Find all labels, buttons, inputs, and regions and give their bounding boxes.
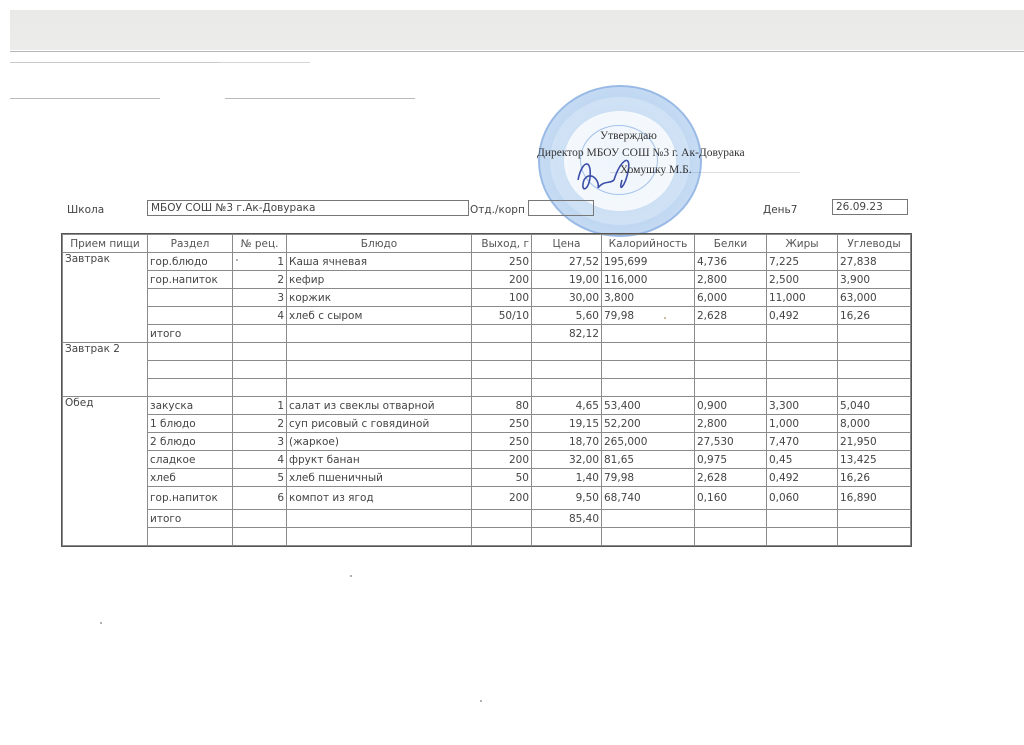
scan-speck [480, 700, 482, 702]
cell-recipe [233, 510, 287, 528]
cell-section: 1 блюдо [148, 415, 233, 433]
cell-kcal: 195,699 [602, 253, 695, 271]
day-label: День7 [763, 204, 797, 216]
col-protein: Белки [695, 235, 767, 253]
table-row [63, 528, 911, 546]
cell-carbs: 5,040 [838, 397, 911, 415]
cell-weight [472, 510, 532, 528]
cell-meal: Завтрак [63, 253, 148, 343]
cell-recipe [233, 379, 287, 397]
cell-fat: 3,300 [767, 397, 838, 415]
cell-protein: 2,628 [695, 469, 767, 487]
cell-kcal: 52,200 [602, 415, 695, 433]
cell-carbs: 3,900 [838, 271, 911, 289]
cell-dish: хлеб пшеничный [287, 469, 472, 487]
scan-line [10, 98, 160, 99]
cell-section [148, 379, 233, 397]
cell-recipe: 2 [233, 271, 287, 289]
cell-meal: Завтрак 2 [63, 343, 148, 397]
cell-protein: 2,628 [695, 307, 767, 325]
cell-kcal: 265,000 [602, 433, 695, 451]
cell-price: 5,60 [532, 307, 602, 325]
cell-protein [695, 343, 767, 361]
cell-carbs [838, 361, 911, 379]
cell-dish: Каша ячневая [287, 253, 472, 271]
cell-weight: 250 [472, 415, 532, 433]
cell-section [148, 307, 233, 325]
cell-price: 19,00 [532, 271, 602, 289]
cell-carbs: 13,425 [838, 451, 911, 469]
cell-carbs [838, 528, 911, 546]
cell-recipe [233, 528, 287, 546]
cell-fat [767, 361, 838, 379]
cell-carbs: 16,26 [838, 469, 911, 487]
cell-weight [472, 361, 532, 379]
cell-fat: 0,492 [767, 469, 838, 487]
cell-dish [287, 361, 472, 379]
scan-speck [664, 317, 666, 319]
cell-recipe [233, 325, 287, 343]
cell-kcal [602, 510, 695, 528]
cell-section [148, 289, 233, 307]
cell-section: итого [148, 510, 233, 528]
table-row: 4хлеб с сыром50/105,6079,982,6280,49216,… [63, 307, 911, 325]
cell-section [148, 361, 233, 379]
cell-section: гор.напиток [148, 487, 233, 510]
cell-price: 4,65 [532, 397, 602, 415]
scan-line [225, 98, 415, 99]
cell-section: гор.блюдо [148, 253, 233, 271]
cell-price: 32,00 [532, 451, 602, 469]
cell-weight: 200 [472, 451, 532, 469]
cell-protein [695, 379, 767, 397]
cell-price [532, 528, 602, 546]
cell-kcal [602, 379, 695, 397]
col-kcal: Калорийность [602, 235, 695, 253]
table-header-row: Прием пищи Раздел № рец. Блюдо Выход, г … [63, 235, 911, 253]
cell-weight: 100 [472, 289, 532, 307]
table-row: Завтрак 2 [63, 343, 911, 361]
cell-price [532, 343, 602, 361]
cell-price: 30,00 [532, 289, 602, 307]
cell-price: 82,12 [532, 325, 602, 343]
table-row: гор.напиток2кефир20019,00116,0002,8002,5… [63, 271, 911, 289]
cell-dish: суп рисовый с говядиной [287, 415, 472, 433]
cell-price: 18,70 [532, 433, 602, 451]
cell-section: закуска [148, 397, 233, 415]
cell-carbs: 16,26 [838, 307, 911, 325]
cell-carbs [838, 379, 911, 397]
cell-weight [472, 325, 532, 343]
cell-kcal: 3,800 [602, 289, 695, 307]
cell-weight [472, 528, 532, 546]
cell-section: хлеб [148, 469, 233, 487]
col-carbs: Углеводы [838, 235, 911, 253]
cell-recipe: 4 [233, 307, 287, 325]
cell-dish [287, 510, 472, 528]
scan-speck [236, 259, 238, 261]
table-row: итого85,40 [63, 510, 911, 528]
col-dish: Блюдо [287, 235, 472, 253]
cell-fat: 7,225 [767, 253, 838, 271]
cell-kcal [602, 343, 695, 361]
cell-fat: 1,000 [767, 415, 838, 433]
cell-fat: 2,500 [767, 271, 838, 289]
cell-kcal: 79,98 [602, 469, 695, 487]
dept-label: Отд./корп [470, 204, 525, 216]
cell-fat: 11,000 [767, 289, 838, 307]
cell-protein: 2,800 [695, 415, 767, 433]
cell-protein [695, 325, 767, 343]
approval-line-1: Утверждаю [600, 130, 657, 142]
scan-line [10, 51, 1024, 52]
table-row: 3коржик10030,003,8006,00011,00063,000 [63, 289, 911, 307]
cell-fat: 0,492 [767, 307, 838, 325]
cell-weight: 50/10 [472, 307, 532, 325]
approval-line-3: Хомушку М.Б. [620, 164, 692, 176]
table-row: 2 блюдо3(жаркое)25018,70265,00027,5307,4… [63, 433, 911, 451]
cell-fat [767, 325, 838, 343]
cell-fat [767, 343, 838, 361]
date-field: 26.09.23 [832, 199, 908, 215]
cell-meal: Обед [63, 397, 148, 546]
cell-section [148, 528, 233, 546]
table-row: итого82,12 [63, 325, 911, 343]
cell-section: гор.напиток [148, 271, 233, 289]
cell-weight [472, 343, 532, 361]
dept-field [528, 200, 594, 216]
cell-weight: 80 [472, 397, 532, 415]
cell-weight: 250 [472, 433, 532, 451]
cell-fat: 0,45 [767, 451, 838, 469]
col-section: Раздел [148, 235, 233, 253]
cell-price: 9,50 [532, 487, 602, 510]
cell-dish [287, 343, 472, 361]
cell-recipe: 1 [233, 253, 287, 271]
cell-dish: салат из свеклы отварной [287, 397, 472, 415]
school-label: Школа [67, 204, 104, 216]
cell-recipe: 1 [233, 397, 287, 415]
menu-table: Прием пищи Раздел № рец. Блюдо Выход, г … [62, 234, 911, 546]
cell-carbs: 21,950 [838, 433, 911, 451]
cell-kcal [602, 528, 695, 546]
cell-weight [472, 379, 532, 397]
table-row: хлеб5хлеб пшеничный501,4079,982,6280,492… [63, 469, 911, 487]
school-field: МБОУ СОШ №3 г.Ак-Довурака [147, 200, 469, 216]
cell-dish [287, 379, 472, 397]
cell-section: итого [148, 325, 233, 343]
cell-kcal [602, 325, 695, 343]
cell-weight: 200 [472, 271, 532, 289]
cell-dish: (жаркое) [287, 433, 472, 451]
scan-line [220, 62, 310, 63]
cell-fat [767, 379, 838, 397]
col-weight: Выход, г [472, 235, 532, 253]
cell-price: 1,40 [532, 469, 602, 487]
cell-section [148, 343, 233, 361]
table-row [63, 361, 911, 379]
cell-carbs [838, 343, 911, 361]
table-row: сладкое4фрукт банан20032,0081,650,9750,4… [63, 451, 911, 469]
cell-protein [695, 510, 767, 528]
cell-recipe: 2 [233, 415, 287, 433]
cell-price: 27,52 [532, 253, 602, 271]
table-row: гор.напиток6компот из ягод2009,5068,7400… [63, 487, 911, 510]
cell-dish [287, 325, 472, 343]
scan-speck [350, 575, 352, 577]
cell-kcal: 79,98 [602, 307, 695, 325]
cell-carbs: 63,000 [838, 289, 911, 307]
col-fat: Жиры [767, 235, 838, 253]
cell-weight: 200 [472, 487, 532, 510]
cell-kcal: 53,400 [602, 397, 695, 415]
col-price: Цена [532, 235, 602, 253]
cell-protein: 4,736 [695, 253, 767, 271]
scan-speck [100, 622, 102, 624]
cell-recipe: 4 [233, 451, 287, 469]
cell-recipe [233, 343, 287, 361]
cell-recipe: 6 [233, 487, 287, 510]
cell-protein: 27,530 [695, 433, 767, 451]
cell-protein: 0,975 [695, 451, 767, 469]
cell-price: 19,15 [532, 415, 602, 433]
cell-carbs [838, 325, 911, 343]
approval-line-2: Директор МБОУ СОШ №3 г. Ак-Довурака [537, 147, 745, 159]
cell-recipe: 5 [233, 469, 287, 487]
col-recipe: № рец. [233, 235, 287, 253]
cell-price: 85,40 [532, 510, 602, 528]
cell-dish: фрукт банан [287, 451, 472, 469]
cell-dish: хлеб с сыром [287, 307, 472, 325]
cell-dish: кефир [287, 271, 472, 289]
cell-weight: 250 [472, 253, 532, 271]
cell-section: сладкое [148, 451, 233, 469]
cell-dish: компот из ягод [287, 487, 472, 510]
cell-protein: 6,000 [695, 289, 767, 307]
cell-price [532, 379, 602, 397]
cell-dish: коржик [287, 289, 472, 307]
cell-weight: 50 [472, 469, 532, 487]
cell-protein [695, 528, 767, 546]
col-meal: Прием пищи [63, 235, 148, 253]
cell-kcal: 68,740 [602, 487, 695, 510]
cell-protein: 2,800 [695, 271, 767, 289]
cell-kcal [602, 361, 695, 379]
scan-top-band [10, 10, 1024, 50]
cell-carbs: 16,890 [838, 487, 911, 510]
cell-recipe [233, 361, 287, 379]
cell-protein: 0,900 [695, 397, 767, 415]
table-row: Завтракгор.блюдо1Каша ячневая25027,52195… [63, 253, 911, 271]
cell-kcal: 116,000 [602, 271, 695, 289]
cell-recipe: 3 [233, 433, 287, 451]
table-row [63, 379, 911, 397]
cell-section: 2 блюдо [148, 433, 233, 451]
cell-fat [767, 528, 838, 546]
cell-price [532, 361, 602, 379]
table-row: 1 блюдо2суп рисовый с говядиной25019,155… [63, 415, 911, 433]
cell-fat [767, 510, 838, 528]
cell-fat: 7,470 [767, 433, 838, 451]
cell-recipe: 3 [233, 289, 287, 307]
cell-fat: 0,060 [767, 487, 838, 510]
cell-carbs: 8,000 [838, 415, 911, 433]
cell-carbs: 27,838 [838, 253, 911, 271]
cell-kcal: 81,65 [602, 451, 695, 469]
cell-protein [695, 361, 767, 379]
cell-protein: 0,160 [695, 487, 767, 510]
cell-carbs [838, 510, 911, 528]
cell-dish [287, 528, 472, 546]
table-row: Обедзакуска1салат из свеклы отварной804,… [63, 397, 911, 415]
